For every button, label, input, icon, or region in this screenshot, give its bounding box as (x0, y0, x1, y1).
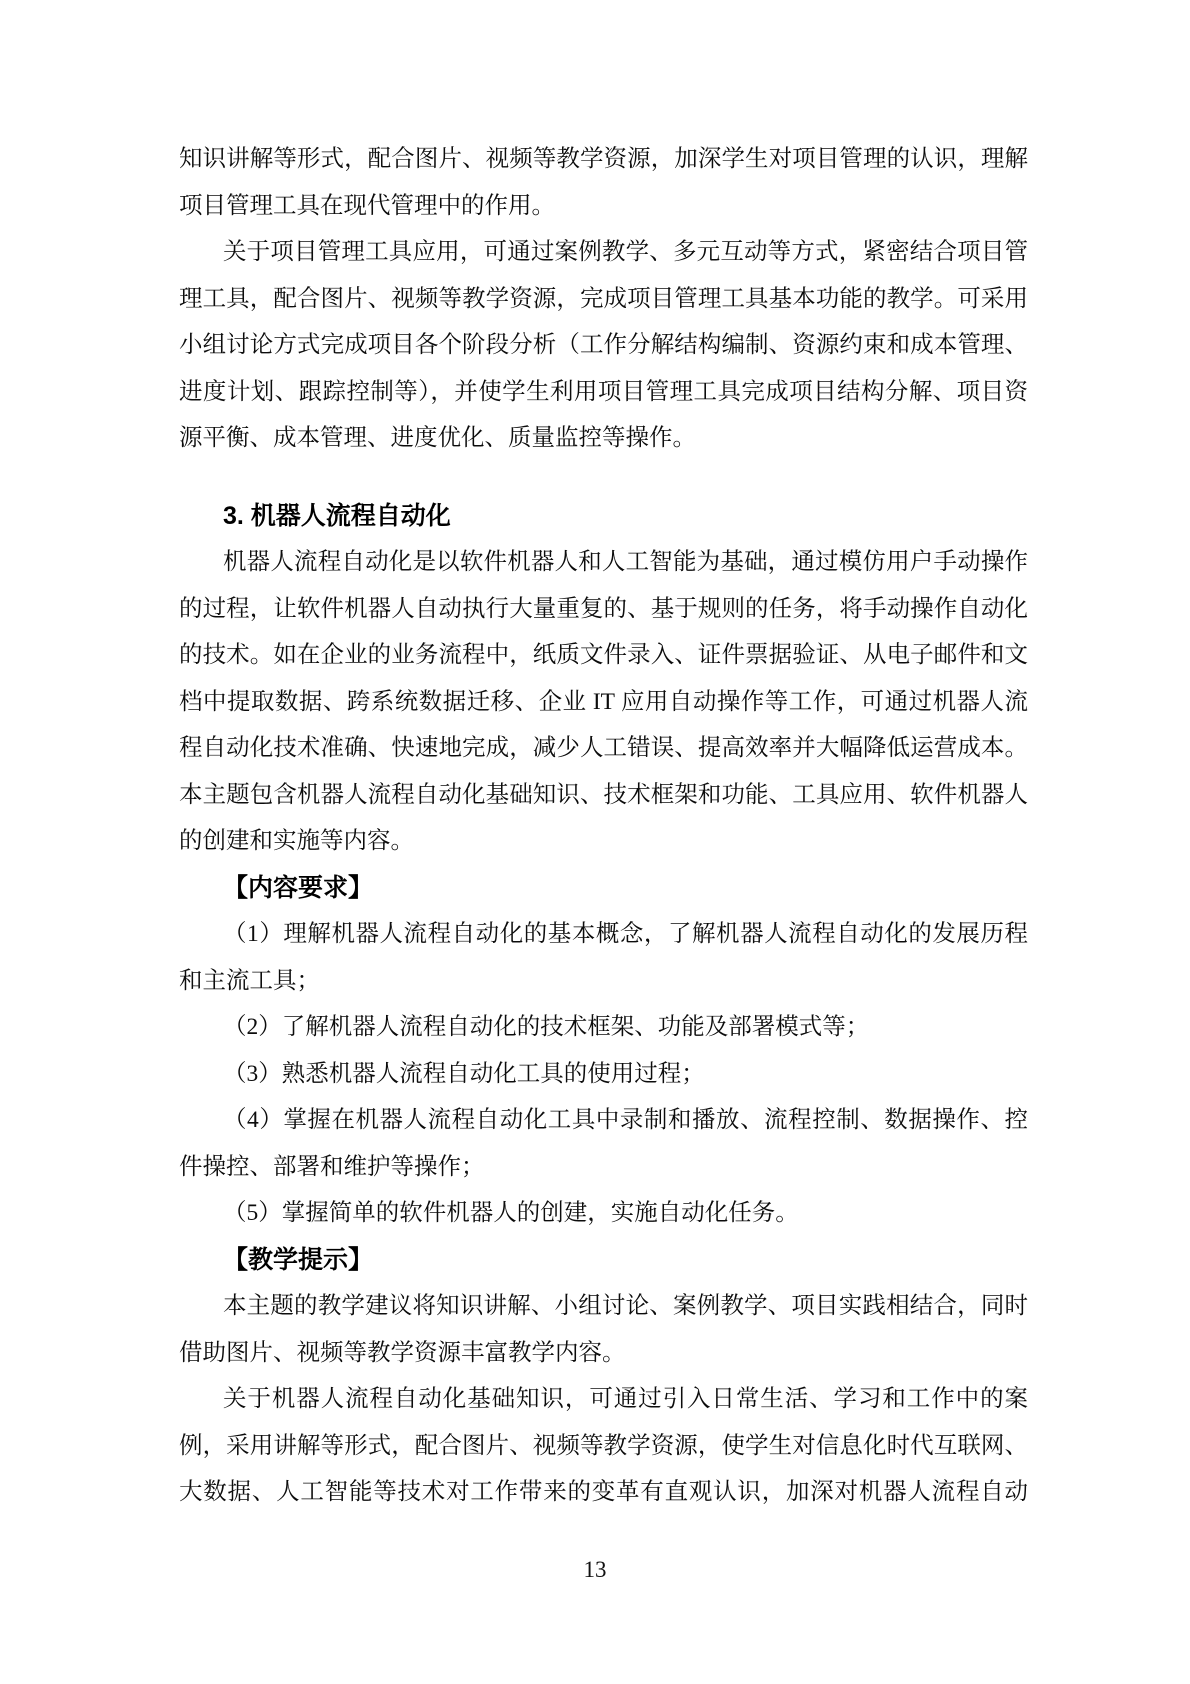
list-item-requirement-2: （2）了解机器人流程自动化的技术框架、功能及部署模式等； (179, 1004, 1028, 1051)
heading-teaching-tips: 【教学提示】 (179, 1237, 1028, 1284)
document-page: 知识讲解等形式，配合图片、视频等教学资源，加深学生对项目管理的认识，理解项目管理… (0, 0, 1190, 1684)
paragraph-rpa-basics-teaching: 关于机器人流程自动化基础知识，可通过引入日常生活、学习和工作中的案例，采用讲解等… (179, 1376, 1028, 1516)
paragraph-project-tools-teaching: 关于项目管理工具应用，可通过案例教学、多元互动等方式，紧密结合项目管理工具，配合… (179, 229, 1028, 462)
heading-content-requirements: 【内容要求】 (179, 865, 1028, 912)
list-item-requirement-5: （5）掌握简单的软件机器人的创建，实施自动化任务。 (179, 1190, 1028, 1237)
list-item-requirement-3: （3）熟悉机器人流程自动化工具的使用过程； (179, 1051, 1028, 1098)
paragraph-teaching-suggestion: 本主题的教学建议将知识讲解、小组讨论、案例教学、项目实践相结合，同时借助图片、视… (179, 1283, 1028, 1376)
page-content: 知识讲解等形式，配合图片、视频等教学资源，加深学生对项目管理的认识，理解项目管理… (179, 136, 1028, 1516)
list-item-requirement-4: （4）掌握在机器人流程自动化工具中录制和播放、流程控制、数据操作、控件操控、部署… (179, 1097, 1028, 1190)
section-heading-rpa: 3. 机器人流程自动化 (179, 493, 1028, 540)
paragraph-project-management-continued: 知识讲解等形式，配合图片、视频等教学资源，加深学生对项目管理的认识，理解项目管理… (179, 136, 1028, 229)
list-item-requirement-1: （1）理解机器人流程自动化的基本概念，了解机器人流程自动化的发展历程和主流工具； (179, 911, 1028, 1004)
paragraph-rpa-introduction: 机器人流程自动化是以软件机器人和人工智能为基础，通过模仿用户手动操作的过程，让软… (179, 539, 1028, 865)
page-number: 13 (0, 1556, 1190, 1584)
